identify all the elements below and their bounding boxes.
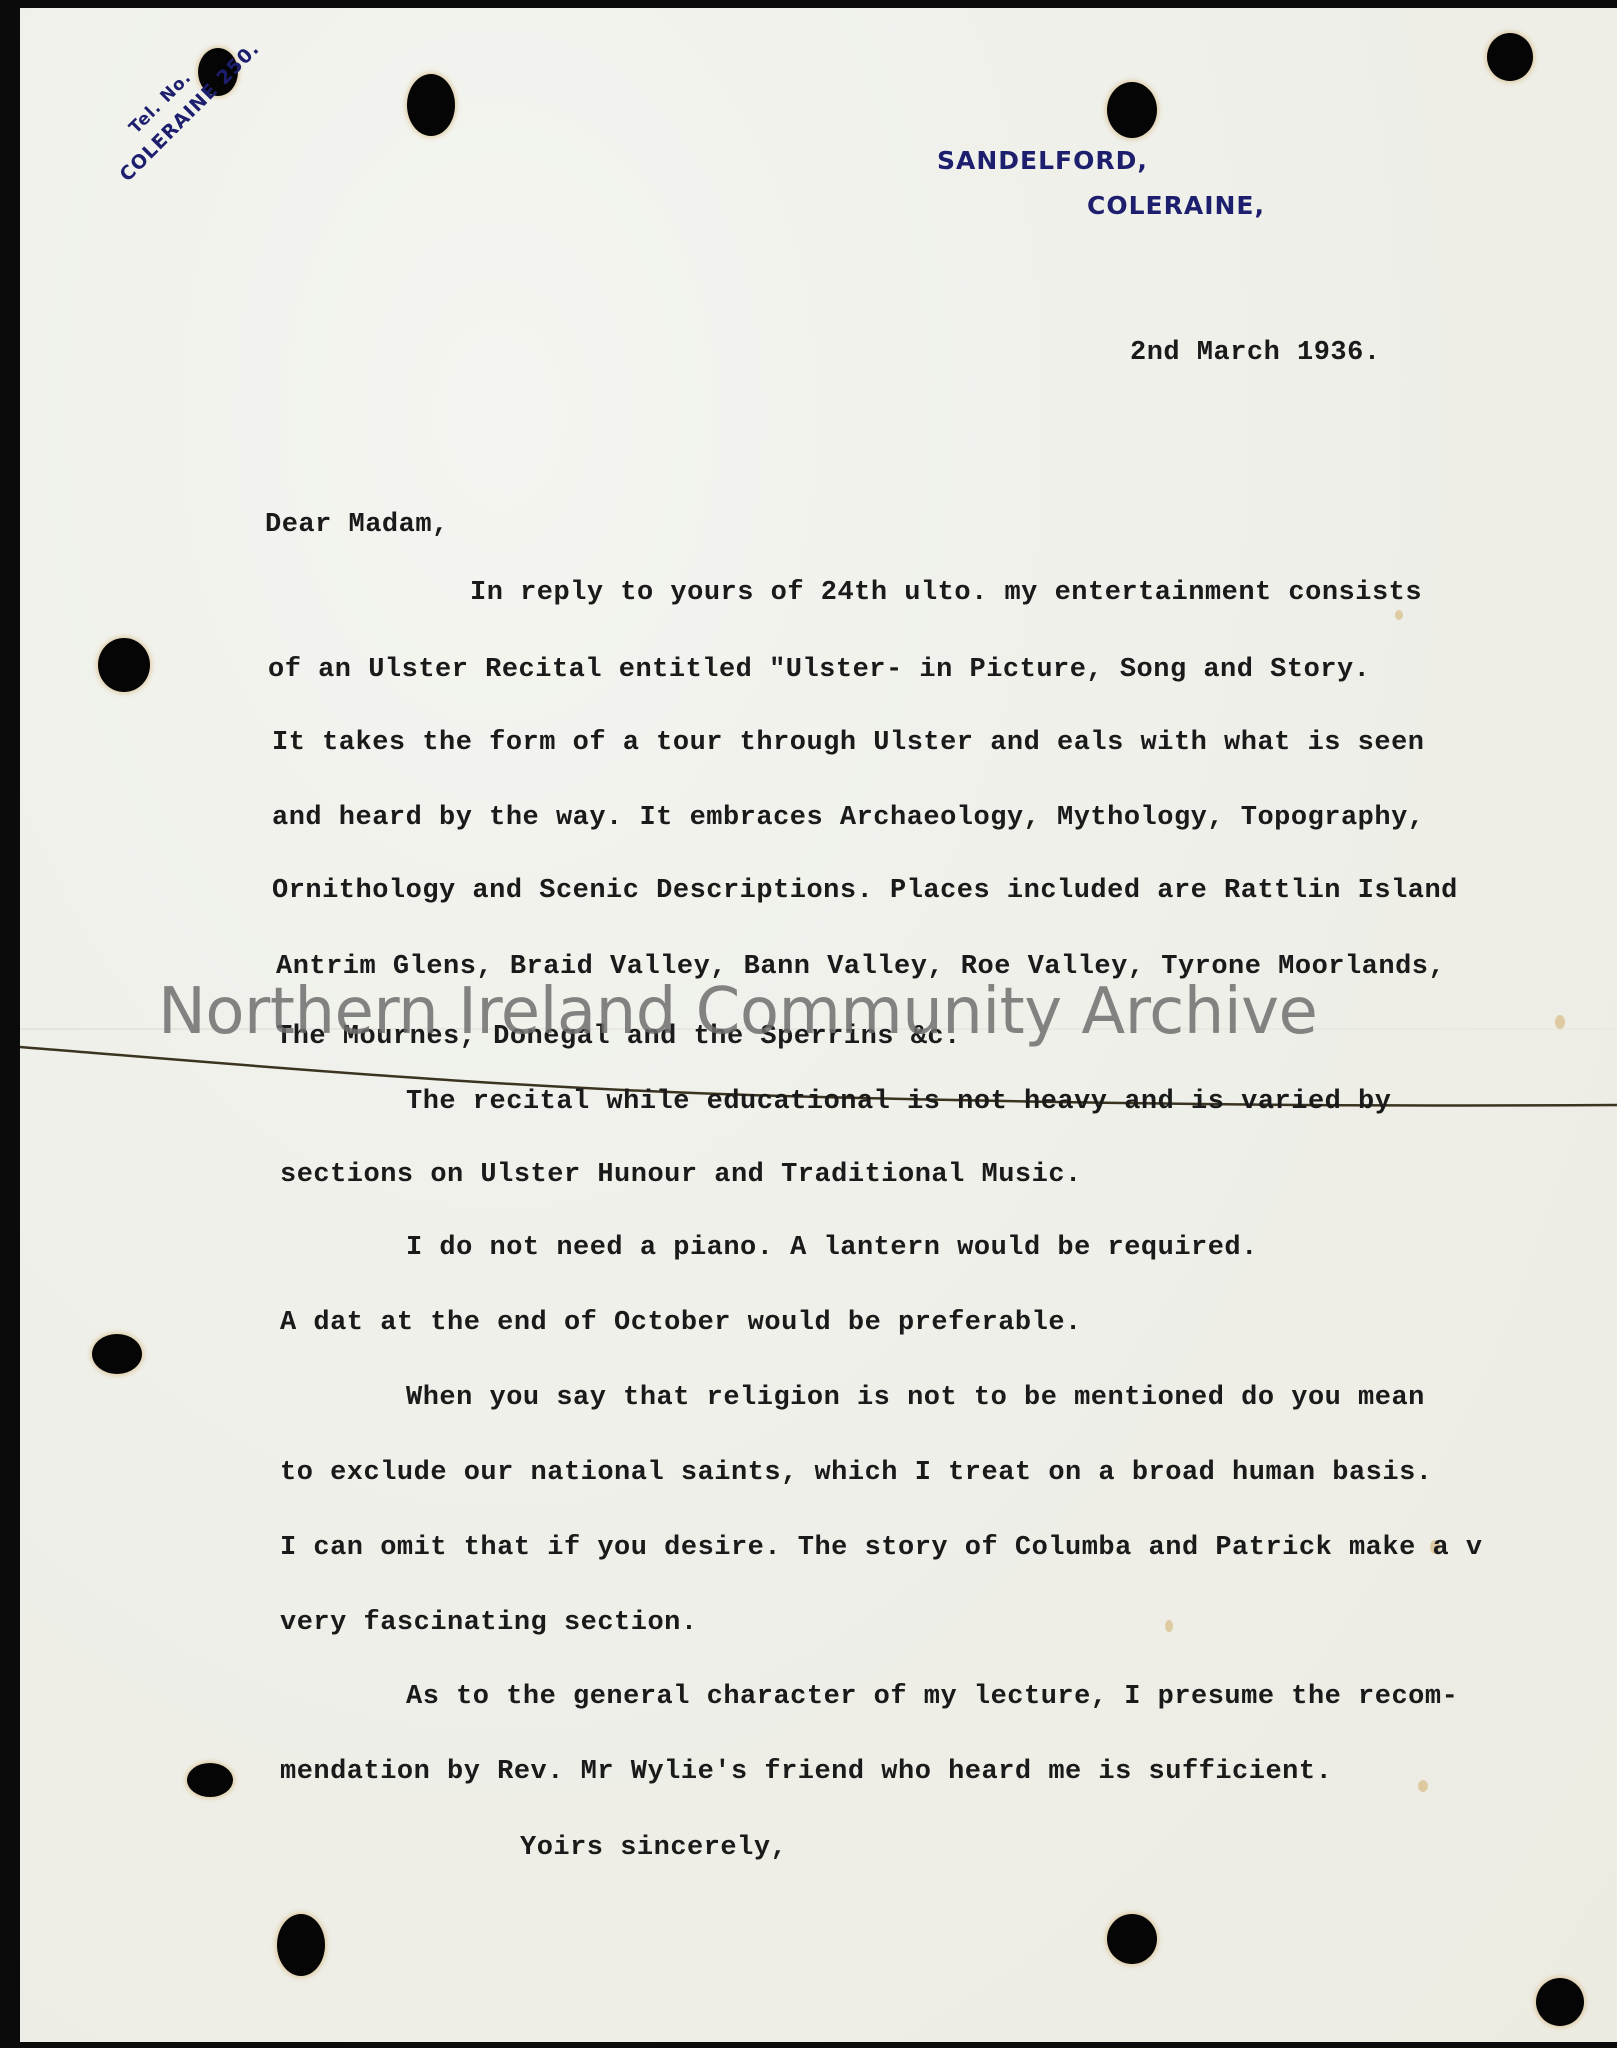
body-line: When you say that religion is not to be … <box>406 1383 1425 1413</box>
address-line-2: COLERAINE, <box>1087 191 1265 220</box>
punch-hole <box>1107 1914 1157 1964</box>
salutation: Dear Madam, <box>265 510 449 540</box>
body-line: As to the general character of my lectur… <box>406 1682 1458 1712</box>
archive-watermark: Northern Ireland Community Archive <box>158 975 1317 1049</box>
body-line: I do not need a piano. A lantern would b… <box>406 1233 1258 1263</box>
stain <box>1165 1620 1173 1632</box>
body-line: to exclude our national saints, which I … <box>280 1458 1432 1488</box>
letter-date: 2nd March 1936. <box>1130 338 1381 368</box>
punch-hole <box>1536 1978 1584 2026</box>
stain <box>1395 610 1403 620</box>
body-line: very fascinating section. <box>280 1608 698 1638</box>
address-line-1: SANDELFORD, <box>937 146 1148 175</box>
stain <box>1555 1015 1565 1029</box>
body-line: I can omit that if you desire. The story… <box>280 1533 1483 1563</box>
body-line: Ornithology and Scenic Descriptions. Pla… <box>272 876 1458 906</box>
punch-hole <box>277 1914 325 1976</box>
body-line: and heard by the way. It embraces Archae… <box>272 803 1424 833</box>
punch-hole <box>187 1763 233 1797</box>
punch-hole <box>1487 33 1533 81</box>
punch-hole <box>1107 82 1157 138</box>
body-line: mendation by Rev. Mr Wylie's friend who … <box>280 1757 1332 1787</box>
closing: Yoirs sincerely, <box>520 1833 787 1863</box>
stain <box>1418 1780 1428 1792</box>
body-line: of an Ulster Recital entitled "Ulster- i… <box>268 655 1370 685</box>
punch-hole <box>407 74 455 136</box>
body-line: In reply to yours of 24th ulto. my enter… <box>470 578 1422 608</box>
body-line: The recital while educational is not hea… <box>406 1087 1391 1117</box>
body-line: A dat at the end of October would be pre… <box>280 1308 1082 1338</box>
punch-hole <box>98 638 150 692</box>
body-line: sections on Ulster Hunour and Traditiona… <box>280 1160 1082 1190</box>
punch-hole <box>92 1334 142 1374</box>
body-line: It takes the form of a tour through Ulst… <box>272 728 1424 758</box>
